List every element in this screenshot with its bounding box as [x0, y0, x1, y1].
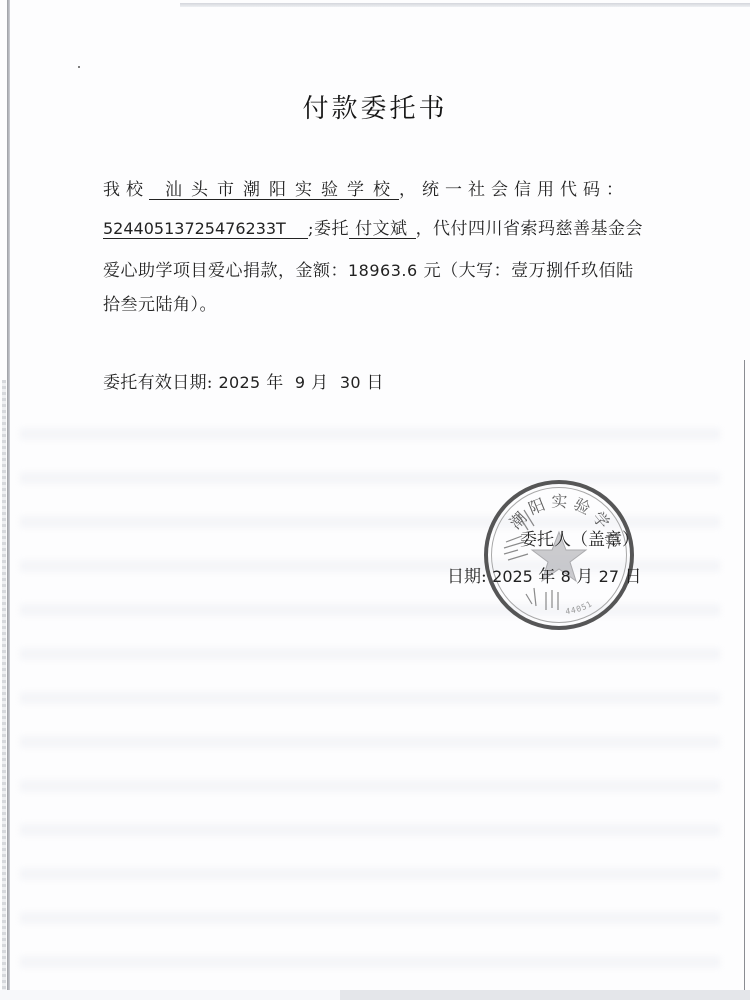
school-name: 汕头市潮阳实验学校: [149, 181, 399, 200]
signature-day-unit: 日: [624, 567, 641, 587]
signature-date-label: 日期:: [447, 567, 487, 587]
signature-day: 27: [599, 567, 619, 586]
official-seal: 潮阳实验学校 44051: [484, 480, 634, 630]
validity-year-unit: 年: [266, 373, 283, 393]
amount-in-words-end: 拾叁元陆角）。: [103, 295, 217, 315]
scan-left-edge: [7, 0, 10, 1000]
signature-month: 8: [561, 567, 571, 586]
document-title: 付款委托书: [0, 88, 750, 125]
signature-year-unit: 年: [538, 567, 555, 587]
validity-day: 30: [340, 373, 361, 392]
scan-left-shadow: [2, 380, 6, 1000]
scan-bottom-edge: [0, 990, 750, 1000]
signature-date-line: 日期: 2025 年 8 月 27 日: [447, 562, 641, 587]
signer-label: 委托人（盖章）: [520, 525, 639, 550]
body-line-3: 爱心助学项目爱心捐款，金额：18963.6 元（大写：壹万捌仟玖佰陆: [103, 256, 634, 281]
validity-label: 委托有效日期:: [103, 373, 213, 393]
seal-arc-text: 潮阳实验学校 44051: [488, 484, 630, 626]
validity-day-unit: 日: [367, 373, 384, 393]
body-line-4: 拾叁元陆角）。: [103, 290, 217, 315]
scan-top-edge: [180, 3, 750, 7]
payee-text: ，代付四川省索玛慈善基金会: [416, 219, 644, 239]
donation-amount: 18963.6: [348, 261, 418, 280]
scan-right-edge: [744, 360, 745, 1000]
validity-month-unit: 月: [311, 373, 328, 393]
scan-speck: [78, 66, 80, 68]
school-prefix: 我校: [103, 180, 149, 200]
body-line-1: 我校汕头市潮阳实验学校，统一社会信用代码：: [103, 175, 629, 200]
validity-date-line: 委托有效日期: 2025 年 9 月 30 日: [103, 368, 384, 393]
credit-code-label: ，统一社会信用代码：: [399, 180, 629, 200]
svg-text:44051: 44051: [565, 599, 594, 616]
entrust-label: ;委托: [308, 219, 349, 239]
scanned-document-page: 付款委托书 我校汕头市潮阳实验学校，统一社会信用代码： 524405137254…: [0, 0, 750, 1000]
agent-name: 付文斌: [349, 220, 416, 239]
signature-month-unit: 月: [576, 567, 593, 587]
donation-description: 爱心助学项目爱心捐款，金额：: [103, 261, 348, 281]
credit-code-value: 52440513725476233T: [103, 220, 308, 239]
body-line-2: 52440513725476233T;委托付文斌，代付四川省索玛慈善基金会: [103, 214, 643, 239]
validity-month: 9: [295, 373, 305, 392]
signature-year: 2025: [492, 567, 533, 586]
amount-in-words-start: 元（大写：壹万捌仟玖佰陆: [424, 261, 634, 281]
validity-year: 2025: [219, 373, 261, 392]
